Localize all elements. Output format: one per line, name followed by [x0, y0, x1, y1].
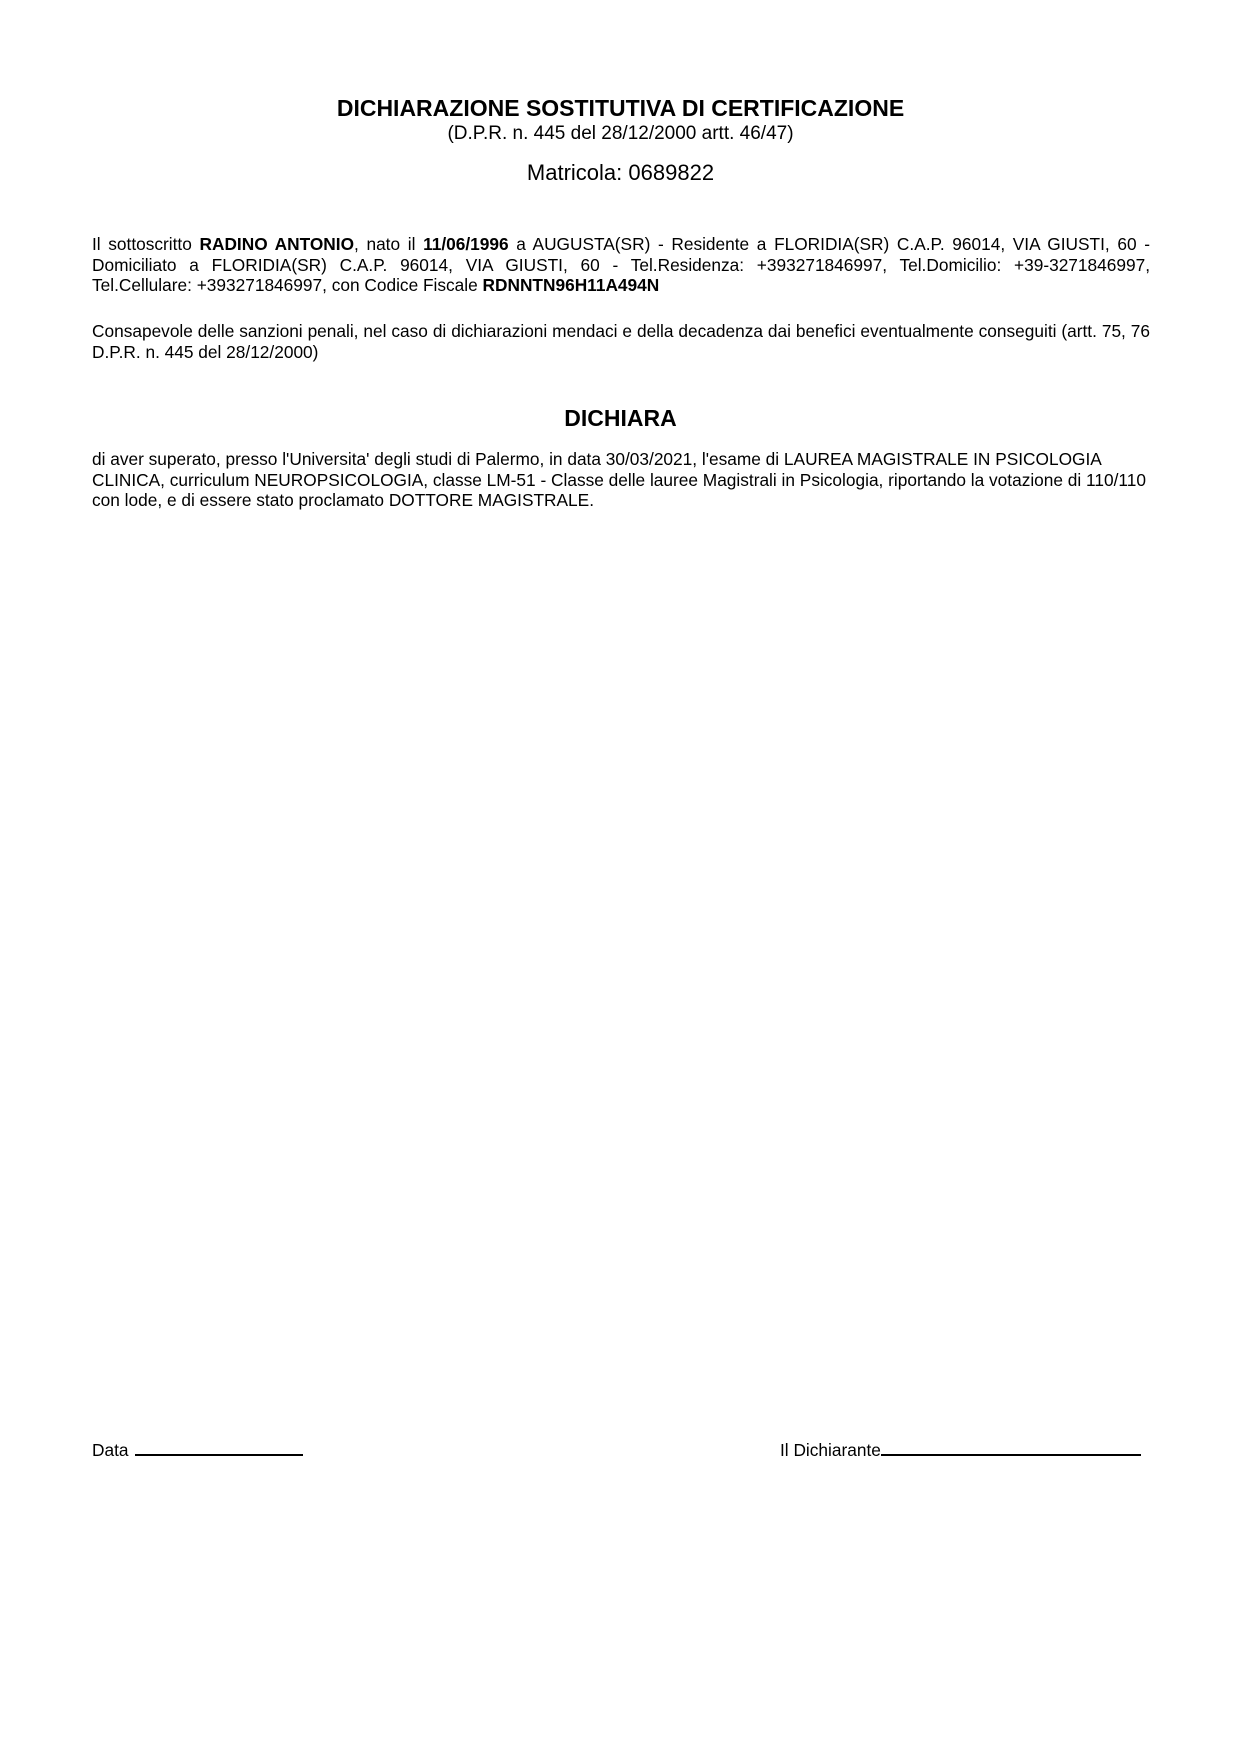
awareness-paragraph: Consapevole delle sanzioni penali, nel c…: [92, 321, 1150, 362]
declarant-name: RADINO ANTONIO: [199, 234, 354, 254]
document-title: DICHIARAZIONE SOSTITUTIVA DI CERTIFICAZI…: [0, 94, 1241, 122]
birth-date: 11/06/1996: [423, 234, 509, 254]
declarant-signature-label: Il Dichiarante: [780, 1440, 881, 1460]
legal-reference: (D.P.R. n. 445 del 28/12/2000 artt. 46/4…: [0, 122, 1241, 146]
declaration-heading: DICHIARA: [0, 404, 1241, 432]
declaration-paragraph: di aver superato, presso l'Universita' d…: [92, 449, 1150, 511]
signature-blank-line: [881, 1436, 1141, 1456]
signature-field: Il Dichiarante: [780, 1436, 1141, 1461]
intro-text: Il sottoscritto: [92, 234, 199, 254]
declarant-paragraph: Il sottoscritto RADINO ANTONIO, nato il …: [92, 234, 1150, 296]
born-label: , nato il: [354, 234, 423, 254]
date-label: Data: [92, 1440, 129, 1460]
codice-fiscale: RDNNTN96H11A494N: [483, 275, 660, 295]
date-blank-line: [135, 1436, 303, 1456]
matricola-value: 0689822: [628, 160, 714, 185]
date-field: Data: [92, 1436, 303, 1461]
matricola-label: Matricola:: [527, 160, 622, 185]
matricola: Matricola: 0689822: [0, 159, 1241, 187]
document-page: DICHIARAZIONE SOSTITUTIVA DI CERTIFICAZI…: [0, 0, 1241, 1754]
